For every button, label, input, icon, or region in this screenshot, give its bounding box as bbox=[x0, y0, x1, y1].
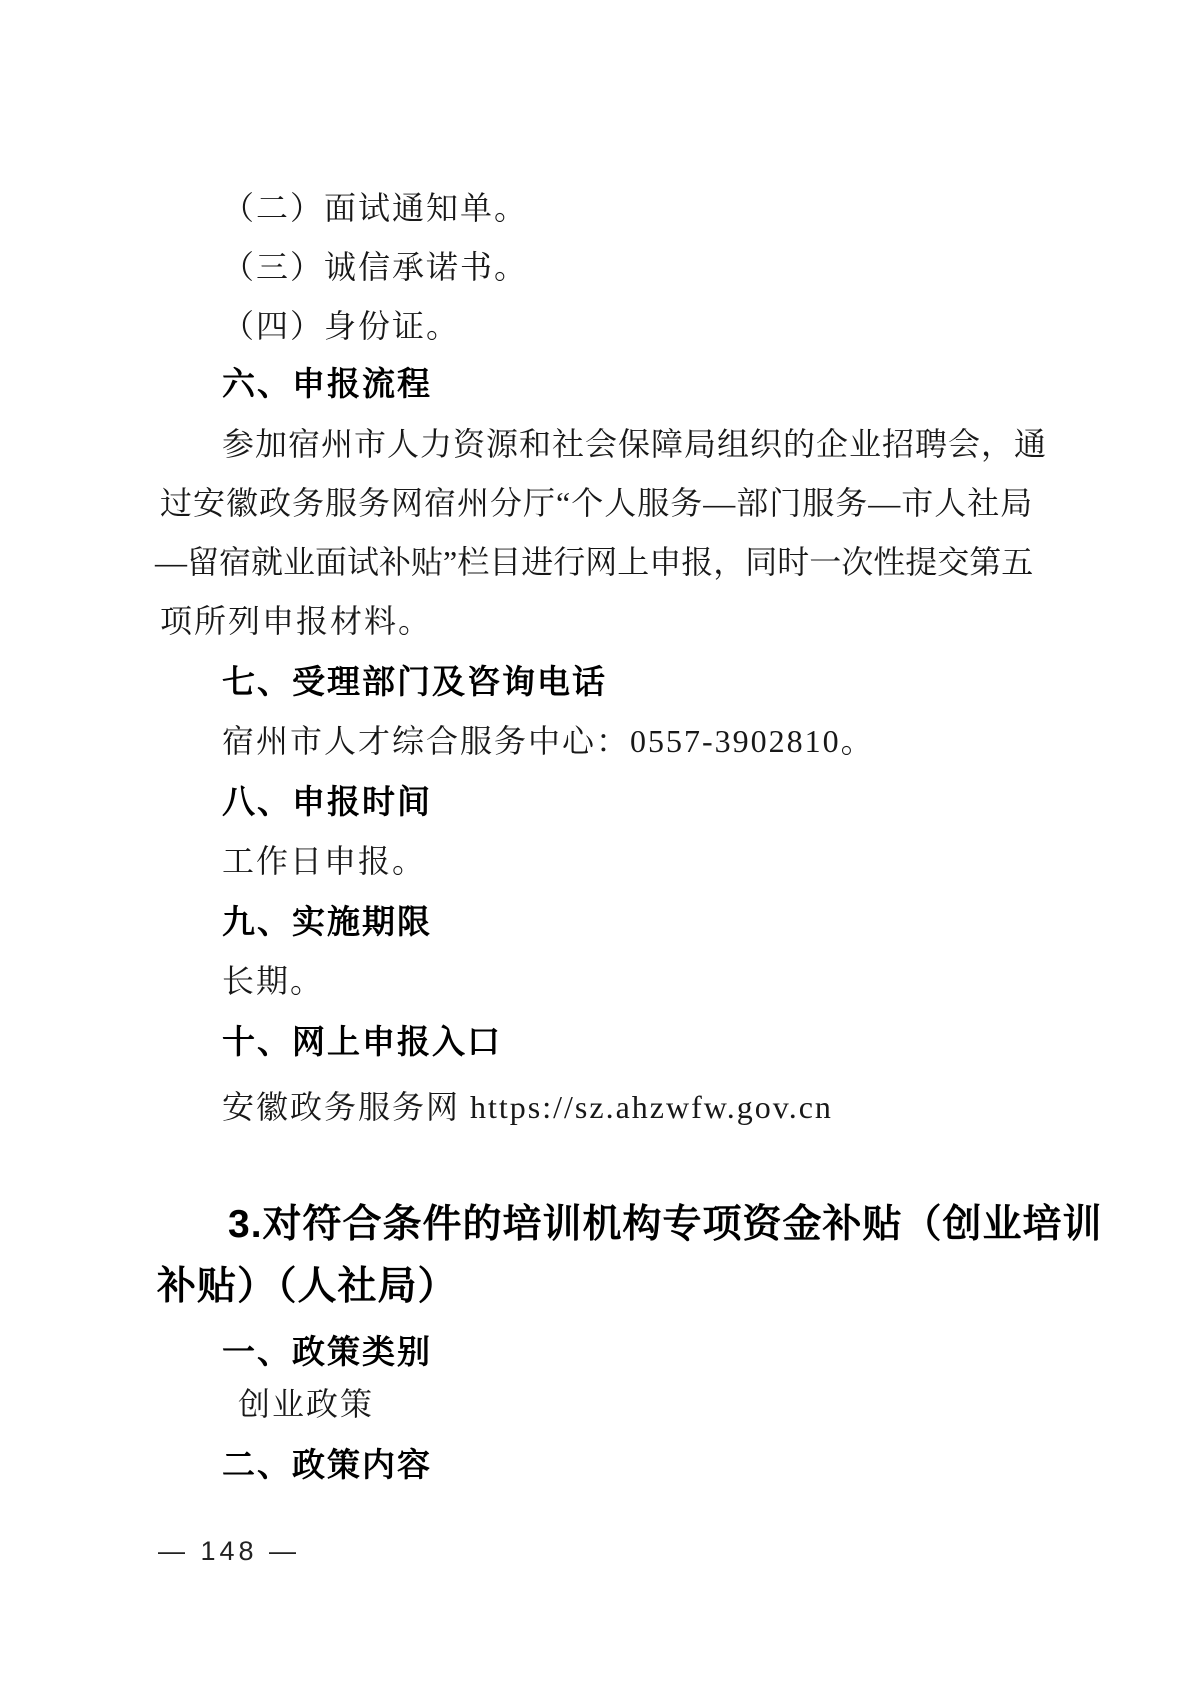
paragraph-line-with-url: 安徽政务服务网 https://sz.ahzwfw.gov.cn bbox=[222, 1087, 833, 1129]
list-item: （二）面试通知单。 bbox=[222, 188, 528, 230]
paragraph-line: 宿州市人才综合服务中心：0557-3902810。 bbox=[222, 721, 875, 763]
document-page: （二）面试通知单。 （三）诚信承诺书。 （四）身份证。 六、申报流程 参加宿州市… bbox=[0, 0, 1190, 1683]
section-heading-7: 七、受理部门及咨询电话 bbox=[222, 661, 607, 704]
policy-title-line-2: 补贴）（人社局） bbox=[157, 1262, 458, 1313]
paragraph-line: 工作日申报。 bbox=[222, 841, 426, 883]
section-heading-8: 八、申报时间 bbox=[222, 781, 432, 824]
page-number: — 148 — bbox=[158, 1534, 300, 1569]
paragraph-line: 创业政策 bbox=[238, 1384, 374, 1426]
section-heading-1: 一、政策类别 bbox=[222, 1331, 432, 1374]
section-heading-9: 九、实施期限 bbox=[222, 901, 432, 944]
paragraph-line: 项所列申报材料。 bbox=[160, 601, 432, 643]
list-item: （三）诚信承诺书。 bbox=[222, 247, 528, 289]
section-heading-2: 二、政策内容 bbox=[222, 1444, 432, 1487]
paragraph-line: 长期。 bbox=[222, 961, 324, 1003]
section-heading-6: 六、申报流程 bbox=[222, 363, 432, 406]
paragraph-line: —留宿就业面试补贴”栏目进行网上申报，同时一次性提交第五 bbox=[155, 542, 1033, 584]
paragraph-line: 参加宿州市人力资源和社会保障局组织的企业招聘会，通 bbox=[222, 424, 1047, 466]
list-item: （四）身份证。 bbox=[222, 306, 460, 348]
paragraph-line: 过安徽政务服务网宿州分厅“个人服务—部门服务—市人社局 bbox=[160, 483, 1033, 525]
section-heading-10: 十、网上申报入口 bbox=[222, 1021, 502, 1064]
policy-title-line-1: 3.对符合条件的培训机构专项资金补贴（创业培训 bbox=[228, 1200, 1103, 1251]
